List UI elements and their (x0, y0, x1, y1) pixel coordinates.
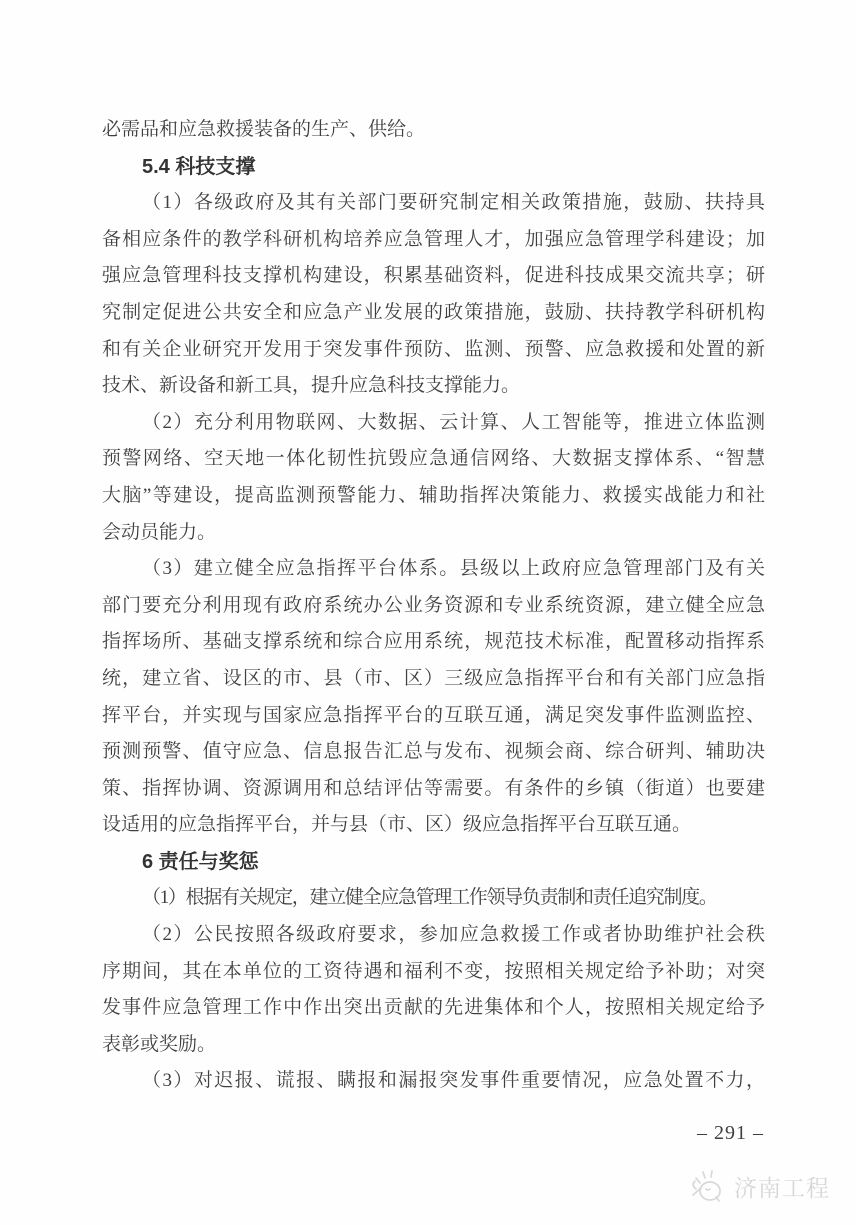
text-line: 发事件应急管理工作中作出突出贡献的先进集体和个人，按照相关规定给予 (102, 990, 765, 1027)
text-line: 挥平台，并实现与国家应急指挥平台的互联互通，满足突发事件监测监控、 (102, 698, 765, 735)
text-line: 序期间，其在本单位的工资待遇和福利不变，按照相关规定给予补助；对突 (102, 954, 765, 991)
megaphone-icon (689, 1166, 727, 1206)
section-heading-5-4: 5.4 科技支撑 (102, 149, 765, 186)
document-page: 必需品和应急救援装备的生产、供给。 5.4 科技支撑 （1）各级政府及其有关部门… (0, 0, 856, 1225)
text-line: 强应急管理科技支撑机构建设，积累基础资料，促进科技成果交流共享；研 (102, 258, 765, 295)
document-body: 必需品和应急救援装备的生产、供给。 5.4 科技支撑 （1）各级政府及其有关部门… (102, 112, 765, 1100)
text-line: 设适用的应急指挥平台，并与县（市、区）级应急指挥平台互联互通。 (102, 807, 765, 844)
text-line: 统，建立省、设区的市、县（市、区）三级应急指挥平台和有关部门应急指 (102, 661, 765, 698)
text-line: （3）建立健全应急指挥平台体系。县级以上政府应急管理部门及有关 (102, 551, 765, 588)
text-line: 指挥场所、基础支撑系统和综合应用系统，规范技术标准，配置移动指挥系 (102, 624, 765, 661)
text-line: （2）充分利用物联网、大数据、云计算、人工智能等，推进立体监测 (102, 405, 765, 442)
text-line: 究制定促进公共安全和应急产业发展的政策措施，鼓励、扶持教学科研机构 (102, 295, 765, 332)
text-line: 大脑”等建设，提高监测预警能力、辅助指挥决策能力、救援实战能力和社 (102, 478, 765, 515)
watermark-logo: 济南工程 (689, 1166, 830, 1206)
text-line: 策、指挥协调、资源调用和总结评估等需要。有条件的乡镇（街道）也要建 (102, 771, 765, 808)
text-line: 必需品和应急救援装备的生产、供给。 (102, 112, 765, 149)
text-line: 表彰或奖励。 (102, 1027, 765, 1064)
text-line: （1）各级政府及其有关部门要研究制定相关政策措施，鼓励、扶持具 (102, 185, 765, 222)
page-number: – 291 – (697, 1122, 764, 1145)
text-line: （2）公民按照各级政府要求，参加应急救援工作或者协助维护社会秩 (102, 917, 765, 954)
text-line: 预警网络、空天地一体化韧性抗毁应急通信网络、大数据支撑体系、“智慧 (102, 441, 765, 478)
section-heading-6: 6 责任与奖惩 (102, 844, 765, 881)
text-line: 和有关企业研究开发用于突发事件预防、监测、预警、应急救援和处置的新 (102, 332, 765, 369)
text-line: （3）对迟报、谎报、瞒报和漏报突发事件重要情况，应急处置不力， (102, 1063, 765, 1100)
text-line: （1）根据有关规定，建立健全应急管理工作领导负责制和责任追究制度。 (102, 880, 765, 917)
watermark-text: 济南工程 (734, 1170, 830, 1203)
text-line: 技术、新设备和新工具，提升应急科技支撑能力。 (102, 368, 765, 405)
text-line: 部门要充分利用现有政府系统办公业务资源和专业系统资源，建立健全应急 (102, 588, 765, 625)
text-line: 预测预警、值守应急、信息报告汇总与发布、视频会商、综合研判、辅助决 (102, 734, 765, 771)
text-line: 会动员能力。 (102, 515, 765, 552)
text-line: 备相应条件的教学科研机构培养应急管理人才，加强应急管理学科建设；加 (102, 222, 765, 259)
